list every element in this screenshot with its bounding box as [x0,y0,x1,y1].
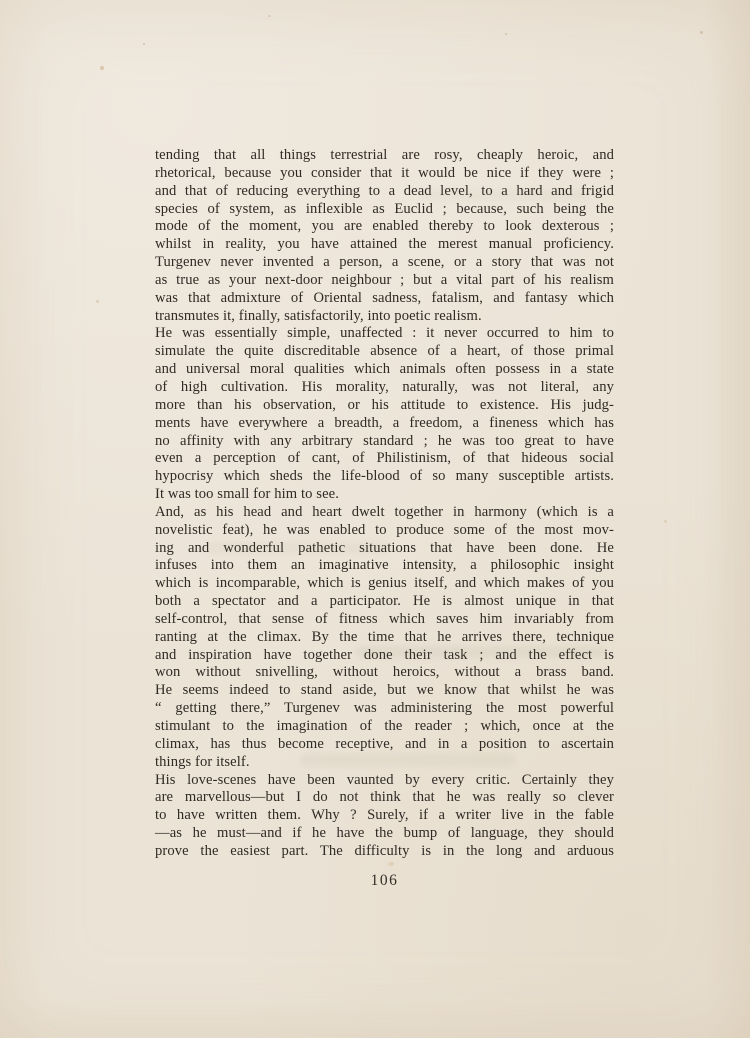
foxing-speck [700,31,703,34]
text-line: species of system, as inflexible as Eucl… [155,201,614,219]
text-line: Turgenev never invented a person, a scen… [155,254,614,272]
text-line: was that admixture of Oriental sadness, … [155,290,614,308]
text-line: even a perception of cant, of Philistini… [155,450,614,468]
body-text: tending that all things terrestrial are … [155,147,614,861]
text-line: He seems indeed to stand aside, but we k… [155,682,614,700]
foxing-speck [100,66,104,70]
text-line: stimulant to the imagination of the read… [155,718,614,736]
foxing-speck [388,862,394,866]
text-line: ing and wonderful pathetic situations th… [155,540,614,558]
text-line: He was essentially simple, unaffected : … [155,325,614,343]
text-line: whilst in reality, you have attained the… [155,236,614,254]
text-line: and that of reducing everything to a dea… [155,183,614,201]
book-page: tending that all things terrestrial are … [0,0,750,1038]
text-line: of high cultivation. His morality, natur… [155,379,614,397]
foxing-speck [664,520,667,523]
text-line: rhetorical, because you consider that it… [155,165,614,183]
text-line: as true as your next-door neighbour ; bu… [155,272,614,290]
foxing-speck [268,15,271,17]
foxing-speck [143,43,145,45]
text-line: tending that all things terrestrial are … [155,147,614,165]
text-line: novelistic feat), he was enabled to prod… [155,522,614,540]
text-line: to have written them. Why ? Surely, if a… [155,807,614,825]
text-line: more than his observation, or his attitu… [155,397,614,415]
text-line: ments have everywhere a breadth, a freed… [155,415,614,433]
foxing-speck [96,300,99,303]
text-line: hypocrisy which sheds the life-blood of … [155,468,614,486]
text-line: which is incomparable, which is genius i… [155,575,614,593]
text-line: ranting at the climax. By the time that … [155,629,614,647]
text-line: and universal moral qualities which anim… [155,361,614,379]
text-line: won without snivelling, without heroics,… [155,664,614,682]
text-line: are marvellous—but I do not think that h… [155,789,614,807]
text-line: prove the easiest part. The difficulty i… [155,843,614,861]
foxing-speck [505,33,507,35]
text-line: both a spectator and a participator. He … [155,593,614,611]
text-line: mode of the moment, you are enabled ther… [155,218,614,236]
text-line: no affinity with any arbitrary standard … [155,433,614,451]
text-line: “ getting there,” Turgenev was administe… [155,700,614,718]
text-line: simulate the quite discreditable absence… [155,343,614,361]
text-line: things for itself. [155,754,614,772]
text-line: and inspiration have together done their… [155,647,614,665]
text-line: transmutes it, finally, satisfactorily, … [155,308,614,326]
text-line: It was too small for him to see. [155,486,614,504]
page-number: 106 [155,872,614,890]
text-line: self-control, that sense of fitness whic… [155,611,614,629]
text-line: climax, has thus become receptive, and i… [155,736,614,754]
text-line: —as he must—and if he have the bump of l… [155,825,614,843]
text-line: infuses into them an imaginative intensi… [155,557,614,575]
text-line: And, as his head and heart dwelt togethe… [155,504,614,522]
text-line: His love-scenes have been vaunted by eve… [155,772,614,790]
